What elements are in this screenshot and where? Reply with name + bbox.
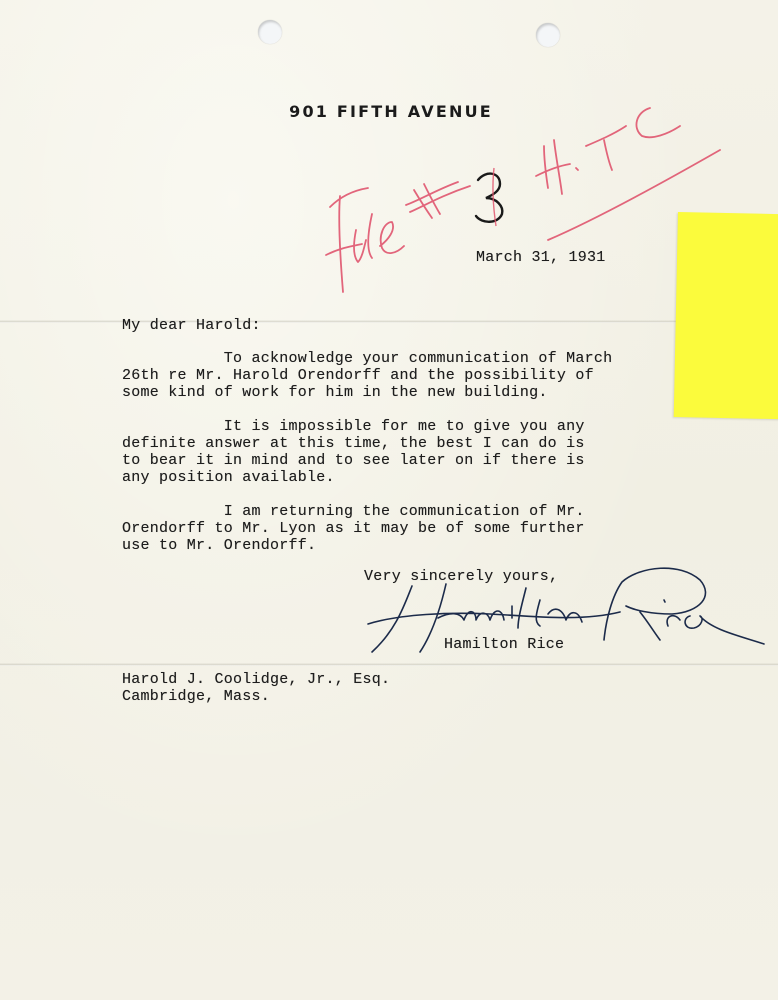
typed-signatory-name: Hamilton Rice	[444, 636, 564, 653]
body-paragraph-3: I am returning the communication of Mr. …	[122, 503, 585, 554]
recipient-address: Harold J. Coolidge, Jr., Esq. Cambridge,…	[122, 671, 390, 705]
letter-paper	[0, 0, 778, 1000]
complimentary-closing: Very sincerely yours,	[364, 568, 558, 585]
yellow-sticky-note[interactable]	[674, 212, 778, 419]
punch-hole	[258, 20, 282, 44]
letter-date: March 31, 1931	[476, 249, 606, 266]
body-paragraph-2: It is impossible for me to give you any …	[122, 418, 585, 486]
paper-fold-line	[0, 663, 778, 666]
letterhead-address: 901 FIFTH AVENUE	[0, 102, 778, 121]
punch-hole	[536, 23, 560, 47]
paper-fold-line	[0, 320, 778, 323]
salutation: My dear Harold:	[122, 317, 261, 334]
body-paragraph-1: To acknowledge your communication of Mar…	[122, 350, 612, 401]
